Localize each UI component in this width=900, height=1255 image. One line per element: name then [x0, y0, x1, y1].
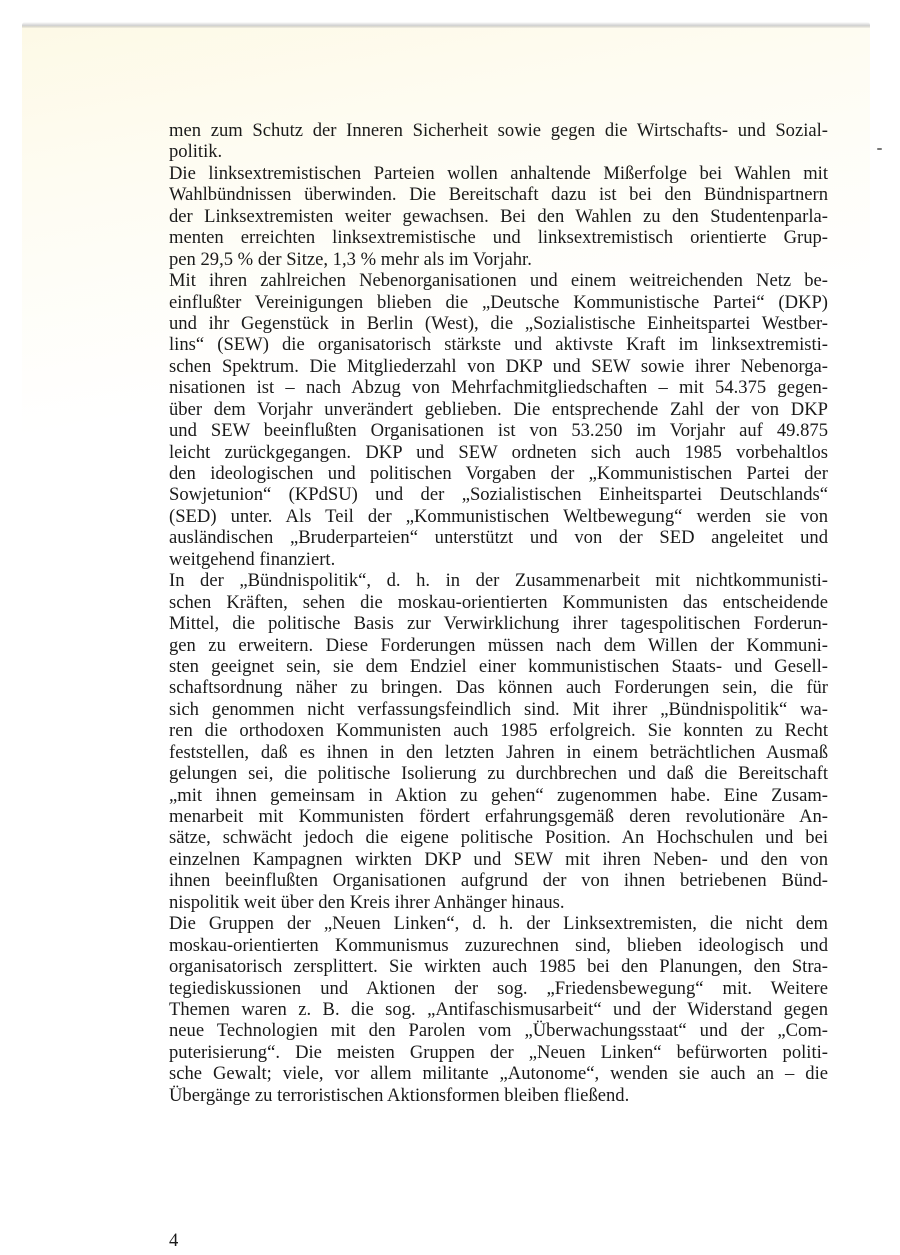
text-line: schen Kräften, sehen die moskau-orientie…: [169, 592, 828, 613]
text-line: und ihr Gegenstück in Berlin (West), die…: [169, 313, 828, 334]
text-line: den ideologischen und politischen Vorgab…: [169, 463, 828, 484]
text-line: schen Spektrum. Die Mitgliederzahl von D…: [169, 356, 828, 377]
text-line: gelungen sei, die politische Isolierung …: [169, 763, 828, 784]
paragraph: men zum Schutz der Inneren Sicherheit so…: [169, 120, 828, 163]
text-line: einzelnen Kampagnen wirkten DKP und SEW …: [169, 849, 828, 870]
text-line: nispolitik weit über den Kreis ihrer Anh…: [169, 892, 828, 913]
document-page: men zum Schutz der Inneren Sicherheit so…: [22, 26, 870, 1255]
page-number: 4: [169, 1230, 178, 1252]
text-line: weitgehend finanziert.: [169, 549, 828, 570]
text-line: Themen waren z. B. die sog. „Antifaschis…: [169, 999, 828, 1020]
text-line: über dem Vorjahr unverändert geblieben. …: [169, 399, 828, 420]
text-line: einflußter Vereinigungen blieben die „De…: [169, 292, 828, 313]
text-line: schaftsordnung näher zu bringen. Das kön…: [169, 677, 828, 698]
paragraph: Die Gruppen der „Neuen Linken“, d. h. de…: [169, 913, 828, 1106]
text-line: tegiediskussionen und Aktionen der sog. …: [169, 978, 828, 999]
body-text: men zum Schutz der Inneren Sicherheit so…: [169, 120, 828, 1106]
text-line: leicht zurückgegangen. DKP und SEW ordne…: [169, 442, 828, 463]
text-line: sätze, schwächt jedoch die eigene politi…: [169, 827, 828, 848]
text-line: Die Gruppen der „Neuen Linken“, d. h. de…: [169, 913, 828, 934]
text-line: In der „Bündnispolitik“, d. h. in der Zu…: [169, 570, 828, 591]
text-line: Übergänge zu terroristischen Aktionsform…: [169, 1085, 828, 1106]
text-line: der Linksextremisten weiter gewachsen. B…: [169, 206, 828, 227]
text-line: Mittel, die politische Basis zur Verwirk…: [169, 613, 828, 634]
text-line: men zum Schutz der Inneren Sicherheit so…: [169, 120, 828, 141]
text-line: menarbeit mit Kommunisten fördert erfahr…: [169, 806, 828, 827]
text-line: (SED) unter. Als Teil der „Kommunistisch…: [169, 506, 828, 527]
text-line: organisatorisch zersplittert. Sie wirkte…: [169, 956, 828, 977]
text-line: und SEW beeinflußten Organisationen ist …: [169, 420, 828, 441]
text-line: menten erreichten linksextremistische un…: [169, 227, 828, 248]
paragraph: In der „Bündnispolitik“, d. h. in der Zu…: [169, 570, 828, 913]
text-line: Sowjetunion“ (KPdSU) und der „Sozialisti…: [169, 484, 828, 505]
text-line: Mit ihren zahlreichen Nebenorganisatione…: [169, 270, 828, 291]
text-line: neue Technologien mit den Parolen vom „Ü…: [169, 1020, 828, 1041]
text-line: „mit ihnen gemeinsam in Aktion zu gehen“…: [169, 785, 828, 806]
text-line: Wahlbündnissen überwinden. Die Bereitsch…: [169, 184, 828, 205]
paragraph: Mit ihren zahlreichen Nebenorganisatione…: [169, 270, 828, 570]
text-line: politik.: [169, 141, 828, 162]
text-line: ihnen beeinflußten Organisationen aufgru…: [169, 870, 828, 891]
scan-speck: [877, 148, 882, 150]
text-line: sche Gewalt; viele, vor allem militante …: [169, 1063, 828, 1084]
text-line: sten geeignet sein, sie dem Endziel eine…: [169, 656, 828, 677]
text-line: gen zu erweitern. Diese Forderungen müss…: [169, 635, 828, 656]
text-line: moskau-orientierten Kommunismus zuzurech…: [169, 935, 828, 956]
text-line: nisationen ist – nach Abzug von Mehrfach…: [169, 377, 828, 398]
text-line: sich genommen nicht verfassungsfeindlich…: [169, 699, 828, 720]
text-line: ren die orthodoxen Kommunisten auch 1985…: [169, 720, 828, 741]
text-line: ausländischen „Bruderparteien“ unterstüt…: [169, 527, 828, 548]
paragraph: Die linksextremistischen Parteien wollen…: [169, 163, 828, 270]
text-line: feststellen, daß es ihnen in den letzten…: [169, 742, 828, 763]
text-line: pen 29,5 % der Sitze, 1,3 % mehr als im …: [169, 249, 828, 270]
text-line: puterisierung“. Die meisten Gruppen der …: [169, 1042, 828, 1063]
text-line: lins“ (SEW) die organisatorisch stärkste…: [169, 334, 828, 355]
text-line: Die linksextremistischen Parteien wollen…: [169, 163, 828, 184]
